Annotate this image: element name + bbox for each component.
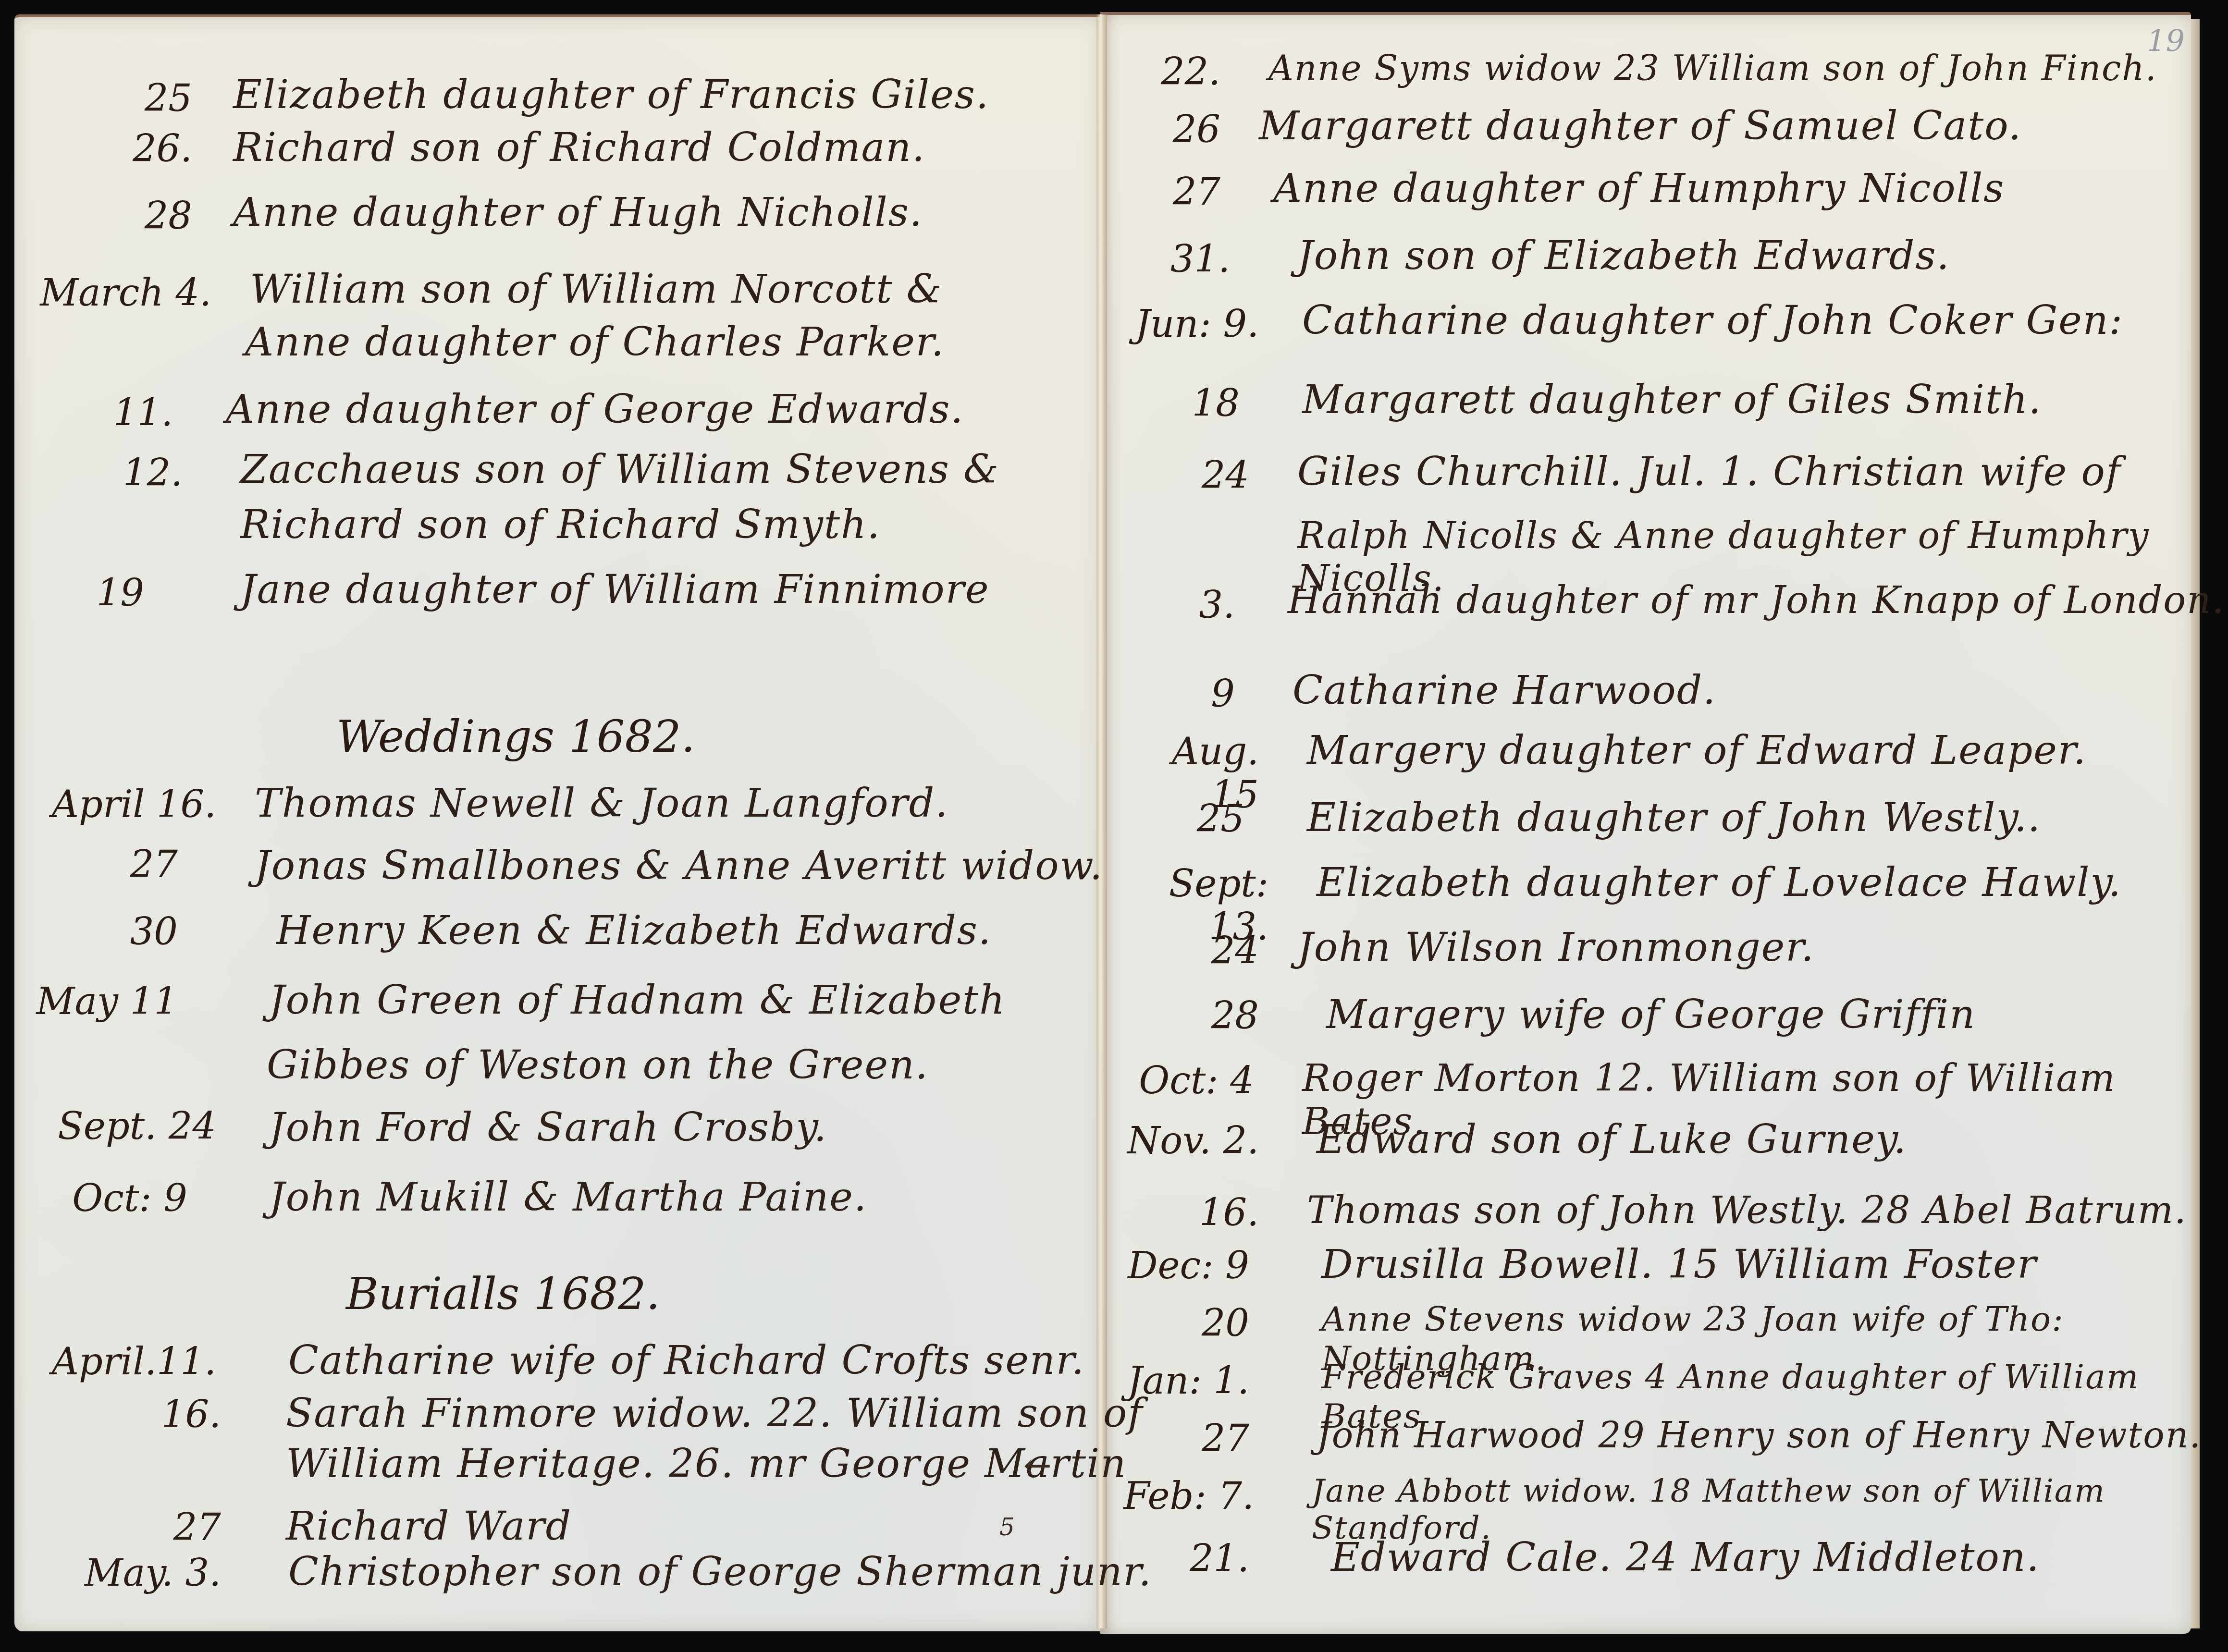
entry-text: Margery wife of George Griffin	[1326, 992, 1976, 1038]
entry-date: 28	[29, 195, 192, 238]
burials-heading: Burialls 1682.	[346, 1268, 660, 1320]
entry-text: Anne daughter of Hugh Nicholls.	[233, 190, 923, 235]
entry-text: Hannah daughter of mr John Knapp of Lond…	[1288, 579, 2225, 622]
entry-date: 20	[1120, 1302, 1249, 1345]
entry-text: Catharine Harwood.	[1292, 668, 1716, 713]
entry-text: Elizabeth daughter of John Westly..	[1307, 795, 2041, 841]
entry-date: 11.	[29, 392, 173, 435]
entry-text: Zacchaeus son of William Stevens &	[240, 447, 999, 492]
weddings-heading: Weddings 1682.	[336, 711, 695, 762]
entry-text: Drusilla Bowell. 15 William Foster	[1321, 1242, 2037, 1287]
entry-text: Jonas Smallbones & Anne Averitt widow.	[255, 843, 1103, 889]
entry-text: Giles Churchill. Jul. 1. Christian wife …	[1297, 449, 2121, 495]
entry-date: 21.	[1120, 1537, 1249, 1580]
entry-date: 27	[29, 843, 178, 886]
entry-date: Feb: 7.	[1115, 1475, 1254, 1518]
entry-text: Anne daughter of George Edwards.	[226, 387, 964, 432]
entry-date: 27	[1120, 171, 1220, 214]
entry-date: 27	[1120, 1417, 1249, 1460]
entry-date: 3.	[1120, 584, 1235, 627]
entry-date: April.11.	[29, 1340, 216, 1383]
entry-text: Sarah Finmore widow. 22. William son of	[286, 1391, 1144, 1436]
entry-date: 16.	[29, 1393, 221, 1436]
entry-text: Henry Keen & Elizabeth Edwards.	[276, 908, 992, 954]
entry-date: 30	[29, 910, 178, 954]
entry-date: 16.	[1120, 1191, 1259, 1235]
entry-date: May 11	[29, 980, 178, 1023]
entry-text: Christopher son of George Sherman junr.	[288, 1549, 1152, 1595]
entry-text: John Mukill & Martha Paine.	[269, 1175, 867, 1220]
entry-date: Jan: 1.	[1115, 1359, 1249, 1403]
entry-text: John Green of Hadnam & Elizabeth	[269, 978, 1006, 1023]
entry-date: 26.	[29, 127, 192, 171]
entry-text: Richard son of Richard Coldman.	[233, 125, 925, 171]
entry-text: William Heritage. 26. mr George Martin	[286, 1441, 1127, 1487]
entry-text: Richard Ward	[286, 1504, 572, 1549]
entry-text: Margery daughter of Edward Leaper.	[1307, 728, 2087, 773]
entry-text: Catharine daughter of John Coker Gen:	[1302, 298, 2123, 343]
entry-date: Oct: 4	[1115, 1059, 1254, 1102]
entry-text: Jane daughter of William Finnimore	[240, 567, 989, 612]
entry-text: Gibbes of Weston on the Green.	[267, 1042, 929, 1088]
entry-text: John Harwood 29 Henry son of Henry Newto…	[1317, 1415, 2202, 1456]
entry-date: 19	[29, 572, 144, 615]
book-gutter	[1096, 14, 1107, 1628]
entry-text: Anne daughter of Charles Parker.	[245, 319, 945, 365]
entry-date: 24	[1120, 454, 1249, 497]
entry-text: John Wilson Ironmonger.	[1297, 925, 1815, 970]
entry-text: Richard son of Richard Smyth.	[240, 502, 881, 548]
entry-date: April 16.	[29, 783, 216, 826]
entry-text: Thomas son of John Westly. 28 Abel Batru…	[1307, 1189, 2187, 1232]
entry-date: March 4.	[29, 271, 211, 315]
entry-date: 28	[1120, 994, 1259, 1038]
entry-date: Oct: 9	[29, 1177, 187, 1220]
entry-text: Anne Syms widow 23 William son of John F…	[1268, 48, 2157, 88]
entry-date: 12.	[29, 452, 183, 495]
entry-text: Thomas Newell & Joan Langford.	[255, 781, 948, 826]
entry-date: Sept. 24	[29, 1105, 216, 1148]
entry-text: John Ford & Sarah Crosby.	[269, 1105, 827, 1150]
entry-date: 18	[1120, 382, 1240, 425]
margin-arrow-mark: ←	[1023, 1446, 1052, 1485]
margin-number-mark: 5	[999, 1513, 1015, 1541]
entry-date: 9	[1120, 673, 1235, 716]
entry-date: 27	[29, 1506, 221, 1549]
entry-date: Nov. 2.	[1115, 1119, 1259, 1163]
entry-date: 25	[1120, 797, 1244, 841]
entry-text: Edward Cale. 24 Mary Middleton.	[1331, 1535, 2040, 1580]
entry-text: Anne daughter of Humphry Nicolls	[1273, 166, 2005, 211]
entry-date: 22.	[1120, 50, 1220, 94]
entry-text: Margarett daughter of Giles Smith.	[1302, 377, 2042, 423]
entry-date: 26	[1120, 108, 1220, 151]
entry-text: John son of Elizabeth Edwards.	[1297, 233, 1950, 279]
entry-date: Dec: 9	[1115, 1244, 1249, 1287]
entry-text: Elizabeth daughter of Lovelace Hawly.	[1317, 860, 2122, 906]
entry-date: 31.	[1120, 238, 1230, 281]
entry-date: May. 3.	[29, 1552, 221, 1595]
entry-text: Catharine wife of Richard Crofts senr.	[288, 1338, 1085, 1383]
entry-text: Margarett daughter of Samuel Cato.	[1259, 103, 2022, 149]
entry-date: 25	[29, 77, 192, 120]
entry-text: Elizabeth daughter of Francis Giles.	[233, 72, 989, 118]
entry-text: William son of William Norcott &	[250, 267, 943, 312]
entry-text: Edward son of Luke Gurney.	[1317, 1117, 1907, 1163]
entry-date: Jun: 9.	[1105, 303, 1259, 346]
entry-date: 24	[1120, 930, 1259, 973]
